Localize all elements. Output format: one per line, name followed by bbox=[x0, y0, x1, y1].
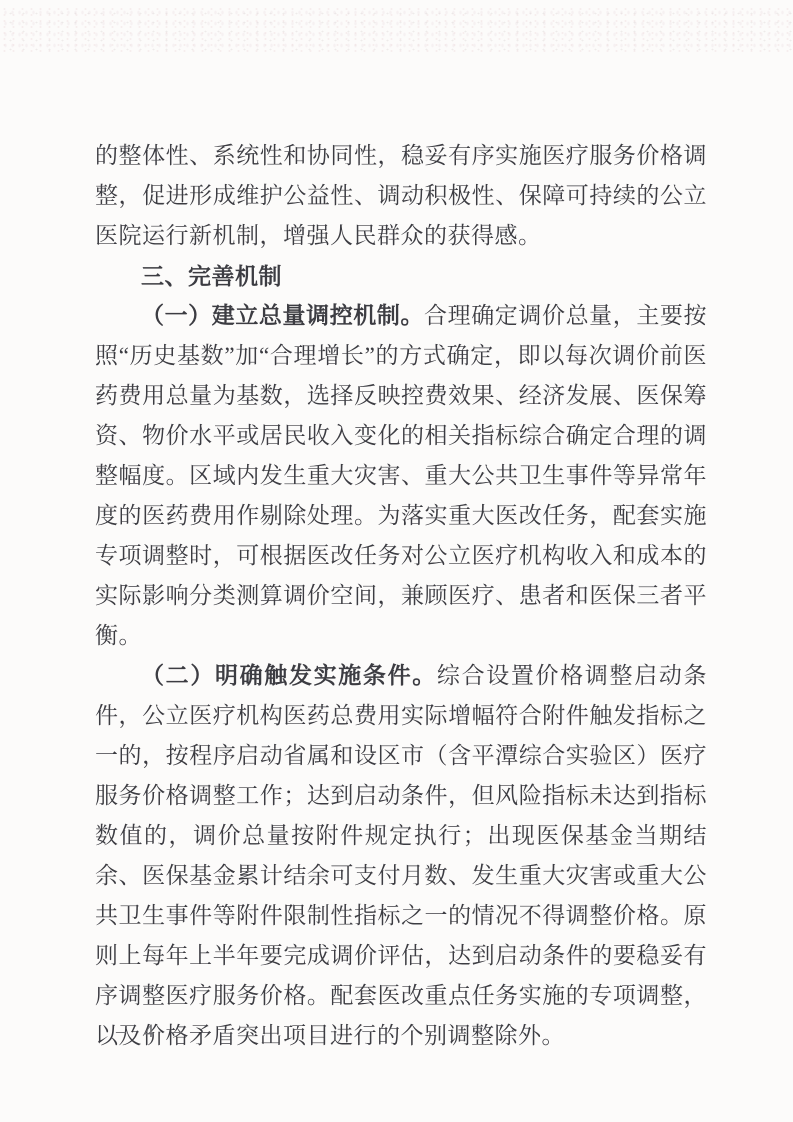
document-page: 的整体性、系统性和协同性，稳妥有序实施医疗服务价格调整，促进形成维护公益性、调动… bbox=[0, 0, 793, 1122]
section-heading: 三、完善机制 bbox=[95, 256, 707, 296]
page-number: – 4 – bbox=[116, 1020, 189, 1044]
paragraph-item-2: （二）明确触发实施条件。综合设置价格调整启动条件，公立医疗机构医药总费用实际增幅… bbox=[95, 656, 707, 1056]
document-body: 的整体性、系统性和协同性，稳妥有序实施医疗服务价格调整，促进形成维护公益性、调动… bbox=[95, 136, 707, 1056]
paragraph-item-1: （一）建立总量调控机制。合理确定调价总量，主要按照“历史基数”加“合理增长”的方… bbox=[95, 296, 707, 656]
item-2-lead: （二）明确触发实施条件。 bbox=[141, 663, 437, 688]
item-1-lead: （一）建立总量调控机制。 bbox=[141, 303, 424, 328]
paragraph-continuation: 的整体性、系统性和协同性，稳妥有序实施医疗服务价格调整，促进形成维护公益性、调动… bbox=[95, 136, 707, 256]
item-1-body: 合理确定调价总量，主要按照“历史基数”加“合理增长”的方式确定，即以每次调价前医… bbox=[95, 303, 707, 648]
item-2-body: 综合设置价格调整启动条件，公立医疗机构医药总费用实际增幅符合附件触发指标之一的，… bbox=[95, 663, 707, 1048]
scan-noise-band bbox=[0, 6, 793, 52]
